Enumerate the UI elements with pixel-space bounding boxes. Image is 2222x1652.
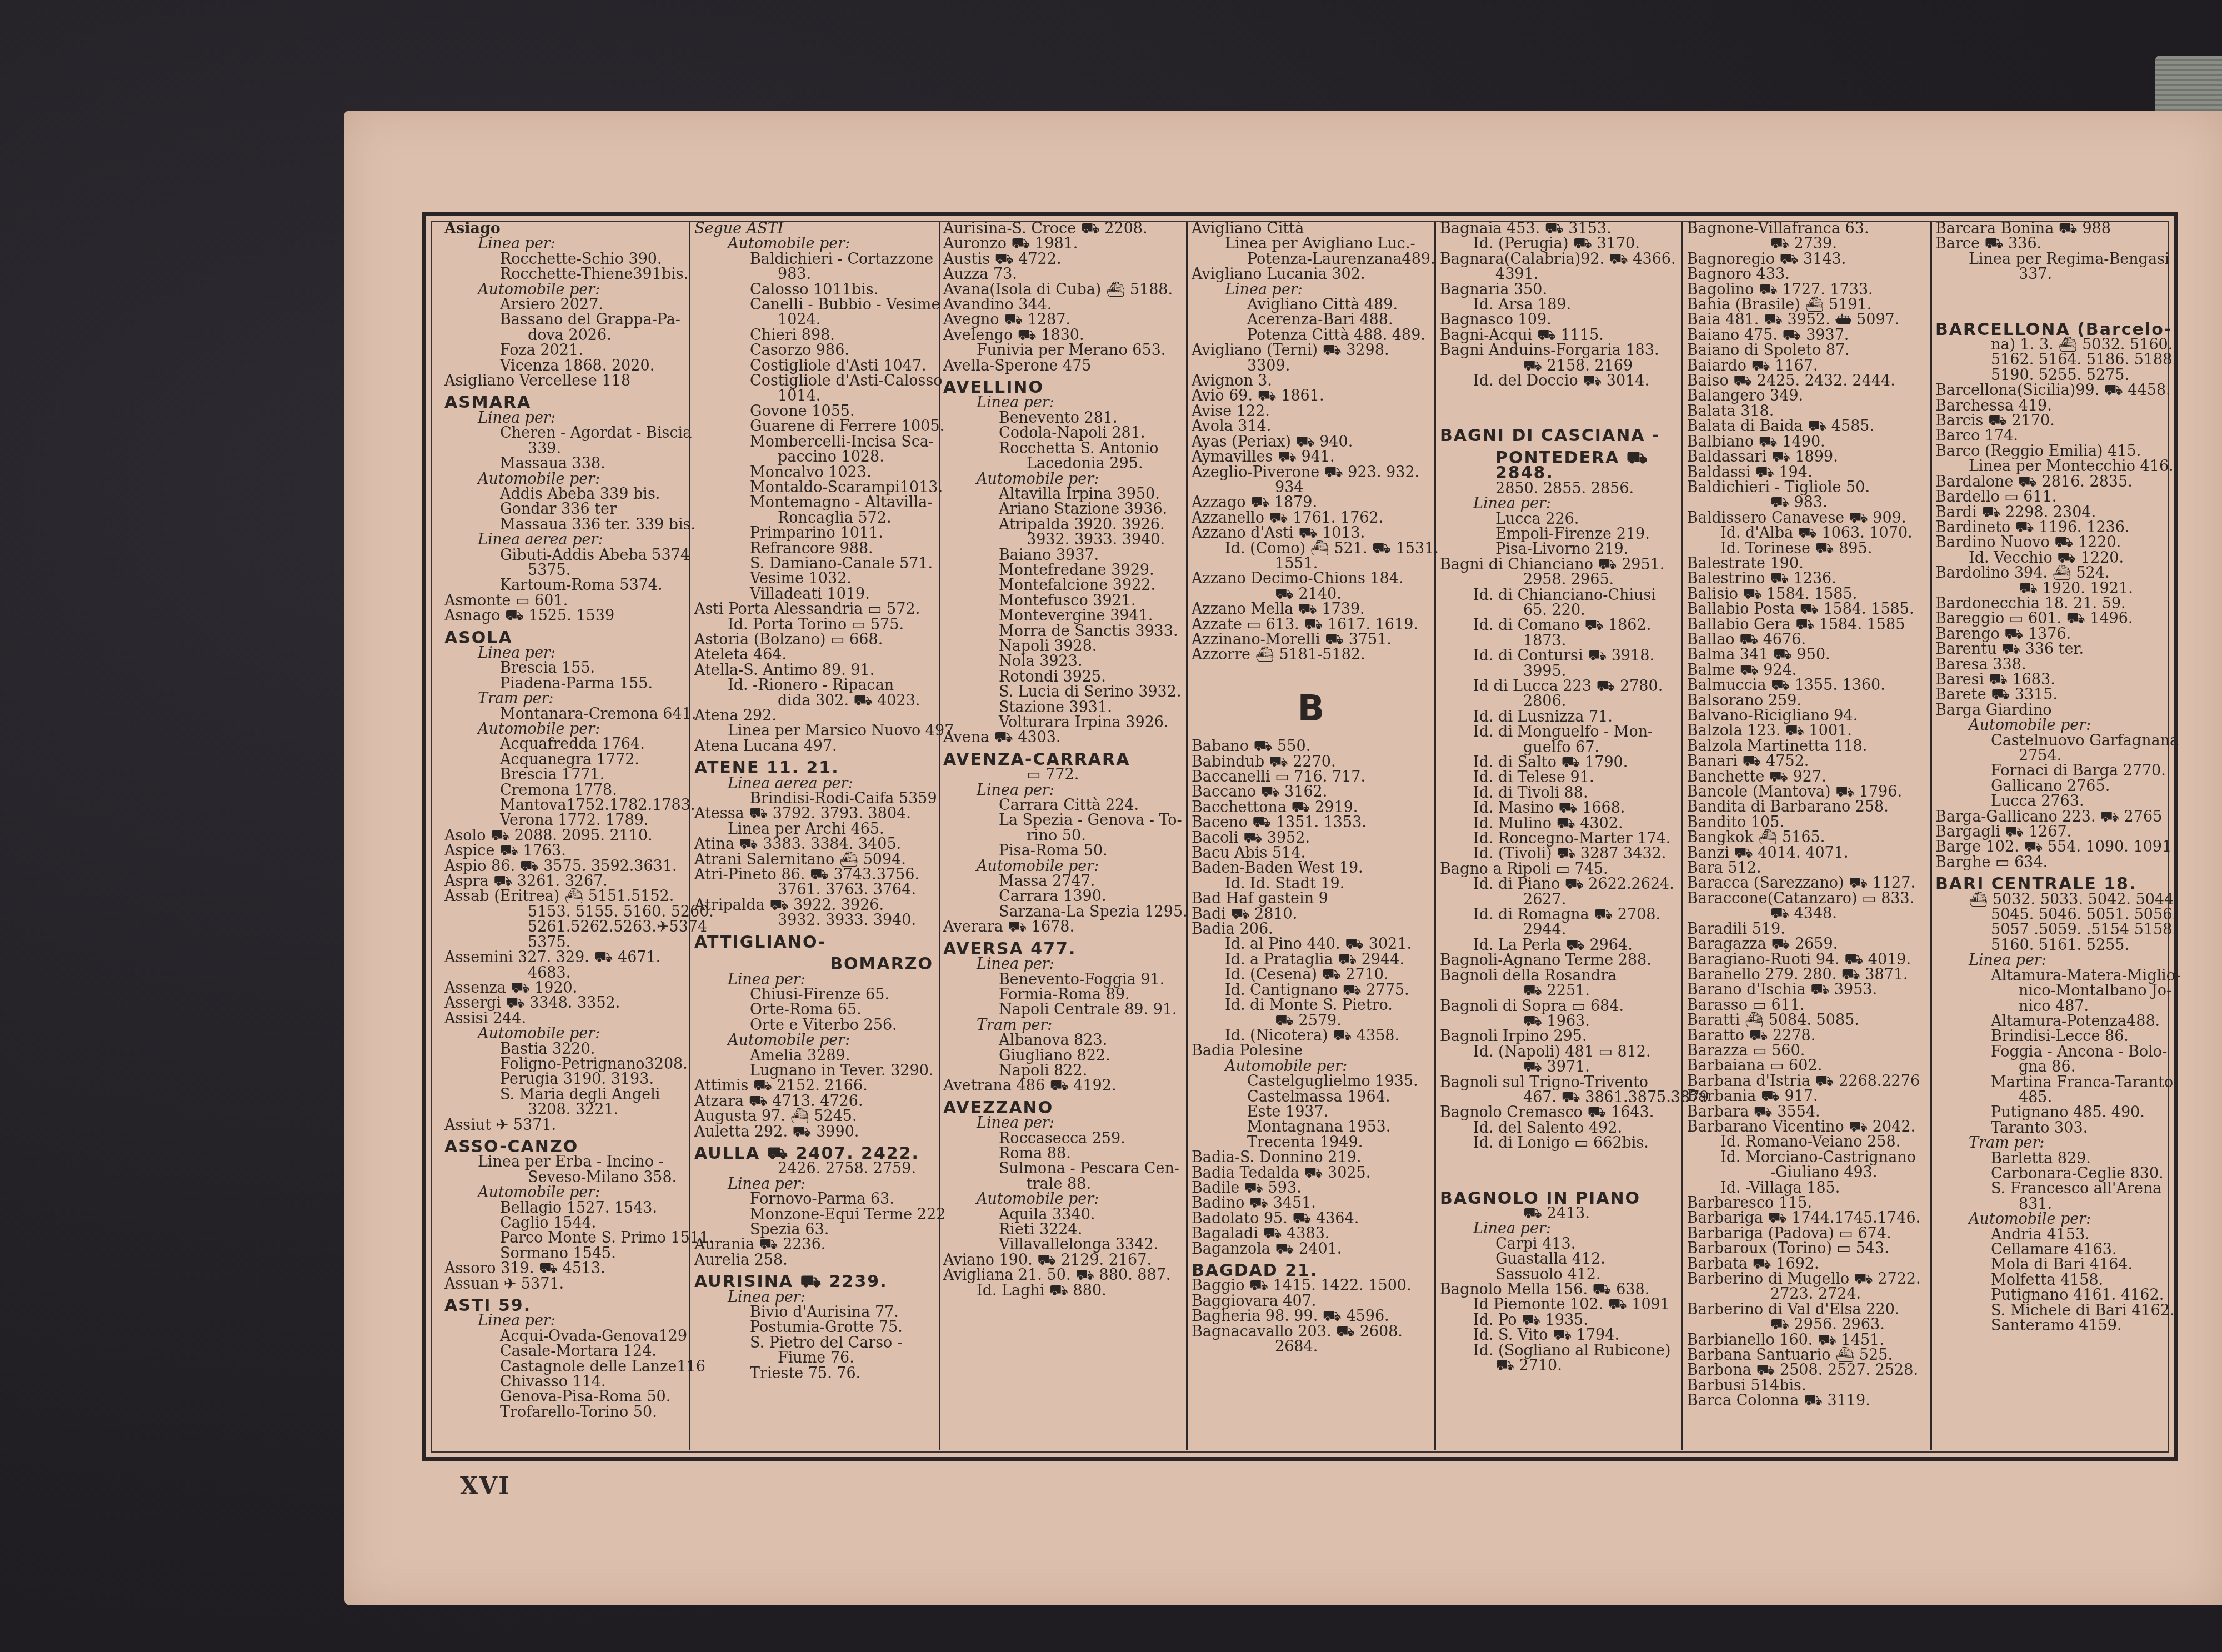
index-entry: 5057 .5059. .5154 5158. bbox=[1935, 922, 2174, 937]
index-entry: Automobile per: bbox=[1192, 1059, 1430, 1074]
index-entry: Castelguglielmo 1935. bbox=[1192, 1074, 1430, 1089]
index-entry: 983. bbox=[694, 267, 933, 282]
index-entry: Id. al Pino 440. ⛟ 3021. bbox=[1192, 937, 1430, 952]
index-entry: Molfetta 4158. bbox=[1935, 1273, 2174, 1288]
index-entry: Assenza ⛟ 1920. bbox=[444, 980, 683, 995]
index-entry: Genova-Pisa-Roma 50. bbox=[444, 1389, 683, 1404]
index-entry: Barce ⛟ 336. bbox=[1935, 236, 2174, 251]
index-entry: Avandino 344. bbox=[943, 297, 1182, 312]
index-entry: Id. di Tivoli 88. bbox=[1440, 785, 1679, 800]
index-entry: Caglio 1544. bbox=[444, 1215, 683, 1230]
index-entry: Balzola Martinetta 118. bbox=[1687, 739, 1926, 754]
index-entry: Bancole (Mantova) ⛟ 1796. bbox=[1687, 784, 1926, 799]
index-entry: Calosso 1011bis. bbox=[694, 282, 933, 297]
index-entry: Atri-Pineto 86. ⛟ 3743.3756. bbox=[694, 867, 933, 882]
index-entry: Automobile per: bbox=[444, 1026, 683, 1041]
index-entry: Andria 4153. bbox=[1935, 1227, 2174, 1242]
index-entry: Id. (Cesena) ⛟ 2710. bbox=[1192, 967, 1430, 982]
index-entry: Bacu Abis 514. bbox=[1192, 845, 1430, 860]
index-entry: Id. (Perugia) ⛟ 3170. bbox=[1440, 236, 1679, 251]
index-entry: S. Pietro del Carso - bbox=[694, 1335, 933, 1350]
index-entry: Id. di Lusnizza 71. bbox=[1440, 709, 1679, 724]
index-entry: Parco Monte S. Primo 1511. bbox=[444, 1230, 683, 1245]
index-entry: Automobile per: bbox=[694, 236, 933, 251]
index-entry: Villavallelonga 3342. bbox=[943, 1237, 1182, 1252]
index-entry: Fornovo-Parma 63. bbox=[694, 1192, 933, 1207]
index-entry: Barghe ▭ 634. bbox=[1935, 855, 2174, 870]
index-entry: ⛟ 2251. bbox=[1440, 983, 1679, 998]
index-entry: Bandita di Barbarano 258. bbox=[1687, 799, 1926, 814]
index-entry: Postumia-Grotte 75. bbox=[694, 1320, 933, 1335]
section-heading: ASOLA bbox=[444, 630, 683, 645]
index-entry: Bardonecchia 18. 21. 59. bbox=[1935, 596, 2174, 611]
column-rule bbox=[1186, 222, 1188, 1450]
index-entry: Id. Cantignano ⛟ 2775. bbox=[1192, 983, 1430, 998]
index-entry: Id. di Comano ⛟ 1862. bbox=[1440, 618, 1679, 633]
index-entry: Tram per: bbox=[943, 1018, 1182, 1033]
index-entry: Baradili 519. bbox=[1687, 922, 1926, 937]
index-entry: Aurelia 258. bbox=[694, 1253, 933, 1268]
letter-heading: B bbox=[1192, 702, 1430, 717]
index-entry: S. Lucia di Serino 3932. bbox=[943, 684, 1182, 699]
index-entry: rino 50. bbox=[943, 828, 1182, 843]
index-entry: Bastia 3220. bbox=[444, 1042, 683, 1057]
index-entry: 2958. 2965. bbox=[1440, 572, 1679, 587]
index-entry: Atella-S. Antimo 89. 91. bbox=[694, 663, 933, 678]
index-entry: Orte-Roma 65. bbox=[694, 1002, 933, 1017]
index-entry: Avigliano Lucania 302. bbox=[1192, 267, 1430, 282]
section-heading: AVENZA-CARRARA bbox=[943, 752, 1182, 767]
index-entry: Orte e Viterbo 256. bbox=[694, 1018, 933, 1033]
index-entry: Bandito 105. bbox=[1687, 815, 1926, 830]
index-entry: Atripalda ⛟ 3922. 3926. bbox=[694, 898, 933, 913]
index-entry: Volturara Irpina 3926. bbox=[943, 715, 1182, 730]
index-entry: Bagnoli della Rosandra bbox=[1440, 968, 1679, 983]
index-entry: Balestrino ⛟ 1236. bbox=[1687, 571, 1926, 586]
index-entry: Montaldo-Scarampi1013. bbox=[694, 480, 933, 495]
index-entry: Acquanegra 1772. bbox=[444, 752, 683, 767]
index-entry: Baldassari ⛟ 1899. bbox=[1687, 449, 1926, 464]
index-entry: Barberino di Mugello ⛟ 2722. bbox=[1687, 1271, 1926, 1286]
index-entry: Assiut ✈ 5371. bbox=[444, 1118, 683, 1133]
index-entry: Giugliano 822. bbox=[943, 1048, 1182, 1063]
index-entry: Cellamare 4163. bbox=[1935, 1242, 2174, 1257]
index-entry: Automobile per: bbox=[1935, 1212, 2174, 1227]
index-entry: Ateleta 464. bbox=[694, 647, 933, 662]
index-entry: Tram per: bbox=[1935, 1135, 2174, 1150]
index-entry: Linea per: bbox=[444, 411, 683, 425]
index-entry: Bagnoli sul Trigno-Trivento bbox=[1440, 1075, 1679, 1090]
index-entry: Id. Romano-Veiano 258. bbox=[1687, 1134, 1926, 1149]
index-entry: Sulmona - Pescara Cen- bbox=[943, 1161, 1182, 1176]
index-entry: Id. Roncegno-Marter 174. bbox=[1440, 831, 1679, 846]
index-entry: Aurania ⛟ 2236. bbox=[694, 1237, 933, 1252]
index-entry: 337. bbox=[1935, 267, 2174, 282]
index-entry: Automobile per: bbox=[1935, 718, 2174, 733]
index-entry: Bagno a Ripoli ▭ 745. bbox=[1440, 862, 1679, 877]
index-entry: Lucca 226. bbox=[1440, 512, 1679, 527]
index-entry: Aspra ⛟ 3261. 3267. bbox=[444, 874, 683, 889]
index-entry: Carbonara-Ceglie 830. bbox=[1935, 1166, 2174, 1181]
index-entry: Id. di Telese 91. bbox=[1440, 770, 1679, 785]
section-heading: ASSO-CANZO bbox=[444, 1139, 683, 1154]
index-entry: Baraccone(Catanzaro) ▭ 833. bbox=[1687, 891, 1926, 906]
index-entry: 2944. bbox=[1440, 922, 1679, 937]
index-entry: Avise 122. bbox=[1192, 404, 1430, 419]
index-entry: ⛟ 983. bbox=[1687, 495, 1926, 510]
index-entry: Averara ⛟ 1678. bbox=[943, 919, 1182, 934]
index-entry: Lucca 2763. bbox=[1935, 794, 2174, 809]
section-heading: PONTEDERA ⛟ 2848. bbox=[1440, 450, 1679, 481]
section-heading: ASTI 59. bbox=[444, 1298, 683, 1313]
index-entry: Auletta 292. ⛟ 3990. bbox=[694, 1124, 933, 1139]
index-entry: dida 302. ⛟ 4023. bbox=[694, 693, 933, 708]
index-entry: Balvano-Ricigliano 94. bbox=[1687, 708, 1926, 723]
index-entry: Id. di Chianciano-Chiusi bbox=[1440, 588, 1679, 603]
index-entry: 5261.5262.5263.✈5374 bbox=[444, 919, 683, 934]
index-entry: Tram per: bbox=[444, 691, 683, 706]
index-entry: Carrara Città 224. bbox=[943, 798, 1182, 813]
index-entry: Bagnara(Calabria)92. ⛟ 4366. bbox=[1440, 252, 1679, 267]
index-entry: Linea per: bbox=[943, 1115, 1182, 1130]
index-entry: Foza 2021. bbox=[444, 343, 683, 358]
index-entry: Id. Arsa 189. bbox=[1440, 297, 1679, 312]
index-entry: trale 88. bbox=[943, 1177, 1182, 1192]
index-entry: Atrani Salernitano ⛴ 5094. bbox=[694, 852, 933, 867]
index-entry: Aymavilles ⛟ 941. bbox=[1192, 449, 1430, 464]
index-entry: Montanara-Cremona 641. bbox=[444, 707, 683, 722]
index-entry: Bagnaia 453. ⛟ 3153. bbox=[1440, 221, 1679, 236]
index-entry: Bardineto ⛟ 1196. 1236. bbox=[1935, 520, 2174, 535]
index-entry: Barbona ⛟ 2508. 2527. 2528. bbox=[1687, 1363, 1926, 1378]
index-entry: Ballao ⛟ 4676. bbox=[1687, 632, 1926, 647]
index-entry: Fornaci di Barga 2770. bbox=[1935, 763, 2174, 778]
section-heading: AVERSA 477. bbox=[943, 942, 1182, 957]
index-entry: Balma 341 ⛟ 950. bbox=[1687, 647, 1926, 662]
index-entry: Barchessa 419. bbox=[1935, 398, 2174, 413]
index-entry: Acerenza-Bari 488. bbox=[1192, 312, 1430, 327]
index-entry: ⛟ 1963. bbox=[1440, 1014, 1679, 1029]
index-entry: Linea per: bbox=[444, 645, 683, 660]
index-entry: Baratto ⛟ 2278. bbox=[1687, 1028, 1926, 1043]
index-entry: Seveso-Milano 358. bbox=[444, 1170, 683, 1185]
index-entry: Pisa-Roma 50. bbox=[943, 843, 1182, 858]
index-entry: Castagnole delle Lanze116 bbox=[444, 1359, 683, 1374]
index-entry: Balangero 349. bbox=[1687, 388, 1926, 403]
index-entry: Sassuolo 412. bbox=[1440, 1267, 1679, 1282]
section-heading: BARCELLONA (Barcelo- bbox=[1935, 322, 2174, 337]
index-entry: 5375. bbox=[444, 935, 683, 950]
index-entry: Baia 481. ⛟ 3952. ⛴ 5097. bbox=[1687, 312, 1926, 327]
index-entry: Balata 318. bbox=[1687, 404, 1926, 419]
index-entry: 831. bbox=[1935, 1197, 2174, 1212]
index-entry: Codola-Napoli 281. bbox=[943, 425, 1182, 440]
index-entry: Id. di Salto ⛟ 1790. bbox=[1440, 755, 1679, 770]
index-entry: Badolato 95. ⛟ 4364. bbox=[1192, 1211, 1430, 1226]
index-entry: 5045. 5046. 5051. 5056. bbox=[1935, 907, 2174, 922]
index-entry: Canelli - Bubbio - Vesime bbox=[694, 297, 933, 312]
index-entry: Castelnuovo Garfagnana bbox=[1935, 733, 2174, 748]
index-entry: Asmonte ▭ 601. bbox=[444, 593, 683, 608]
index-entry: Barletta 829. bbox=[1935, 1151, 2174, 1166]
index-entry: Perugia 3190. 3193. bbox=[444, 1072, 683, 1087]
index-entry: 4391. bbox=[1440, 267, 1679, 282]
index-entry: Rieti 3224. bbox=[943, 1222, 1182, 1237]
index-entry: Aurisina-S. Croce ⛟ 2208. bbox=[943, 221, 1182, 236]
index-entry: Barbariga (Padova) ▭ 674. bbox=[1687, 1226, 1926, 1241]
index-entry: Baresi ⛟ 1683. bbox=[1935, 672, 2174, 687]
index-entry: Barbaiana ▭ 602. bbox=[1687, 1058, 1926, 1073]
index-entry: Stazione 3931. bbox=[943, 700, 1182, 715]
index-entry: Avola 314. bbox=[1192, 419, 1430, 434]
index-entry: Villadeati 1019. bbox=[694, 587, 933, 602]
column-rule bbox=[1930, 222, 1932, 1450]
index-entry: Roncaglia 572. bbox=[694, 510, 933, 525]
index-entry: Asti Porta Alessandria ▭ 572. bbox=[694, 602, 933, 617]
index-entry: Baccano ⛟ 3162. bbox=[1192, 784, 1430, 799]
index-entry: Costigliole d'Asti-Calosso bbox=[694, 373, 933, 388]
index-entry: Bardi ⛟ 2298. 2304. bbox=[1935, 505, 2174, 520]
column-rule bbox=[939, 222, 940, 1450]
index-entry: Balata di Baida ⛟ 4585. bbox=[1687, 419, 1926, 434]
index-entry: Rocchette-Schio 390. bbox=[444, 252, 683, 267]
index-entry: Auzza 73. bbox=[943, 267, 1182, 282]
index-entry: Assuan ✈ 5371. bbox=[444, 1276, 683, 1291]
index-entry: Automobile per: bbox=[444, 472, 683, 487]
index-entry: Id. La Perla ⛟ 2964. bbox=[1440, 938, 1679, 953]
index-entry: 1014. bbox=[694, 388, 933, 403]
index-entry: Barca Colonna ⛟ 3119. bbox=[1687, 1393, 1926, 1408]
index-entry: dova 2026. bbox=[444, 328, 683, 343]
section-heading: BARI CENTRALE 18. bbox=[1935, 877, 2174, 892]
index-entry: 2627. bbox=[1440, 892, 1679, 907]
index-entry: Bahia (Brasile) ⛴ 5191. bbox=[1687, 297, 1926, 312]
index-entry: Azzanello ⛟ 1761. 1762. bbox=[1192, 510, 1430, 525]
index-entry: Costigliole d'Asti 1047. bbox=[694, 358, 933, 373]
column-rule bbox=[1681, 222, 1683, 1450]
index-entry: Ariano Stazione 3936. bbox=[943, 502, 1182, 517]
index-entry: Id. (Sogliano al Rubicone) bbox=[1440, 1343, 1679, 1358]
index-entry: Banchette ⛟ 927. bbox=[1687, 769, 1926, 784]
index-entry: Morra de Sanctis 3933. bbox=[943, 624, 1182, 639]
index-entry: Montevergine 3941. bbox=[943, 608, 1182, 623]
index-column-6: Bagnone-Villafranca 63.⛟ 2739.Bagnoregio… bbox=[1687, 221, 1926, 1409]
index-entry: Linea aerea per: bbox=[444, 532, 683, 547]
index-entry: 3761. 3763. 3764. bbox=[694, 882, 933, 897]
index-entry: Bagolino ⛟ 1727. 1733. bbox=[1687, 282, 1926, 297]
index-entry: Bargagli ⛟ 1267. bbox=[1935, 824, 2174, 839]
index-column-3: Aurisina-S. Croce ⛟ 2208.Auronzo ⛟ 1981.… bbox=[943, 221, 1182, 1298]
index-entry: Atena Lucana 497. bbox=[694, 739, 933, 754]
index-entry: Barbania ⛟ 917. bbox=[1687, 1089, 1926, 1104]
index-entry: Montefalcione 3922. bbox=[943, 578, 1182, 593]
index-entry: 3932. 3933. 3940. bbox=[694, 913, 933, 928]
index-entry: Benevento-Foggia 91. bbox=[943, 972, 1182, 987]
index-entry: Napoli 822. bbox=[943, 1063, 1182, 1078]
index-entry: Baccanelli ▭ 716. 717. bbox=[1192, 769, 1430, 784]
index-entry: Banzi ⛟ 4014. 4071. bbox=[1687, 845, 1926, 860]
column-rule bbox=[1434, 222, 1436, 1450]
index-entry: Brindisi-Rodi-Caifa 5359 bbox=[694, 791, 933, 806]
index-entry: Massaua 338. bbox=[444, 456, 683, 471]
index-entry: Barco (Reggio Emilia) 415. bbox=[1935, 444, 2174, 459]
index-entry: Barge 102. ⛟ 554. 1090. 1091 bbox=[1935, 839, 2174, 854]
section-heading: AULLA ⛟ 2407. 2422. bbox=[694, 1146, 933, 1161]
index-entry: Linea per: bbox=[694, 972, 933, 987]
index-entry: Avigliano Città bbox=[1192, 221, 1430, 236]
index-entry: 2723. 2724. bbox=[1687, 1286, 1926, 1301]
index-entry: 1873. bbox=[1440, 633, 1679, 648]
index-entry: Bara 512. bbox=[1687, 860, 1926, 875]
index-entry: Badia-S. Donnino 219. bbox=[1192, 1150, 1430, 1165]
index-entry: Massa 2747. bbox=[943, 874, 1182, 889]
index-entry: Linea per Archi 465. bbox=[694, 822, 933, 837]
index-entry: Barberino di Val d'Elsa 220. bbox=[1687, 1302, 1926, 1317]
index-entry: S. Michele di Bari 4162. bbox=[1935, 1303, 2174, 1318]
index-entry: Auronzo ⛟ 1981. bbox=[943, 236, 1182, 251]
index-entry: Aquila 3340. bbox=[943, 1207, 1182, 1222]
index-entry: Id. di Lonigo ▭ 662bis. bbox=[1440, 1135, 1679, 1150]
index-entry: Montagnana 1953. bbox=[1192, 1119, 1430, 1134]
index-entry: Potenza Città 488. 489. bbox=[1192, 328, 1430, 343]
index-entry: Piadena-Parma 155. bbox=[444, 676, 683, 691]
index-entry: Automobile per: bbox=[444, 1185, 683, 1200]
index-entry: 5375. bbox=[444, 563, 683, 578]
index-entry: Segue ASTI bbox=[694, 221, 933, 236]
index-entry: Bagnone-Villafranca 63. bbox=[1687, 221, 1926, 236]
index-entry: Badia Tedalda ⛟ 3025. bbox=[1192, 1165, 1430, 1180]
index-entry: Id. di Monguelfo - Mon- bbox=[1440, 724, 1679, 739]
index-entry bbox=[1440, 388, 1679, 422]
index-entry: 5160. 5161. 5255. bbox=[1935, 938, 2174, 953]
index-entry: Baldichieri - Cortazzone bbox=[694, 252, 933, 267]
index-entry: Casorzo 986. bbox=[694, 343, 933, 358]
index-column-2: Segue ASTIAutomobile per:Baldichieri - C… bbox=[694, 221, 933, 1381]
index-entry: Montefusco 3921. bbox=[943, 593, 1182, 608]
index-entry: Bareggio ▭ 601. ⛟ 1496. bbox=[1935, 611, 2174, 626]
index-entry: ▭ 772. bbox=[943, 767, 1182, 782]
index-entry: Id. di Monte S. Pietro. bbox=[1192, 998, 1430, 1013]
index-entry: Acqui-Ovada-Genova129 bbox=[444, 1329, 683, 1344]
index-entry: Avetrana 486 ⛟ 4192. bbox=[943, 1078, 1182, 1093]
index-entry: Mantova1752.1782.1783. bbox=[444, 798, 683, 813]
index-entry: Trieste 75. 76. bbox=[694, 1366, 933, 1381]
index-entry: Balsorano 259. bbox=[1687, 693, 1926, 708]
index-entry: Barentu ⛟ 336 ter. bbox=[1935, 642, 2174, 657]
index-entry: Altavilla Irpina 3950. bbox=[943, 487, 1182, 502]
index-entry: Bagnolo Mella 156. ⛟ 638. bbox=[1440, 1282, 1679, 1297]
index-entry: Lacedonia 295. bbox=[943, 456, 1182, 471]
index-entry: Balzola 123. ⛟ 1001. bbox=[1687, 723, 1926, 738]
index-entry: Atessa ⛟ 3792. 3793. 3804. bbox=[694, 806, 933, 821]
index-entry: Badia 206. bbox=[1192, 922, 1430, 937]
index-entry: Baranello 279. 280. ⛟ 3871. bbox=[1687, 967, 1926, 982]
index-entry: Azeglio-Piverone ⛟ 923. 932. bbox=[1192, 465, 1430, 480]
index-entry: guelfo 67. bbox=[1440, 740, 1679, 755]
index-entry: Baiano 475. ⛟ 3937. bbox=[1687, 328, 1926, 343]
index-entry: Barbata ⛟ 1692. bbox=[1687, 1256, 1926, 1271]
index-entry: Id. di Contursi ⛟ 3918. bbox=[1440, 648, 1679, 663]
index-entry: Rocchette-Thiene391bis. bbox=[444, 267, 683, 282]
index-entry: Id. Morciano-Castrignano bbox=[1687, 1150, 1926, 1165]
index-entry: Id. (Napoli) 481 ▭ 812. bbox=[1440, 1044, 1679, 1059]
index-entry: Baracca (Sarezzano) ⛟ 1127. bbox=[1687, 875, 1926, 890]
index-entry: Id. Vecchio ⛟ 1220. bbox=[1935, 550, 2174, 565]
index-entry: Bagnacavallo 203. ⛟ 2608. bbox=[1192, 1324, 1430, 1339]
index-entry: Baragazza ⛟ 2659. bbox=[1687, 937, 1926, 952]
index-entry: Baiardo ⛟ 1167. bbox=[1687, 358, 1926, 373]
index-entry: Automobile per: bbox=[943, 859, 1182, 874]
index-entry: Roccasecca 259. bbox=[943, 1131, 1182, 1146]
index-entry: Barbaroux (Torino) ▭ 543. bbox=[1687, 1241, 1926, 1256]
index-entry: 3995. bbox=[1440, 664, 1679, 679]
index-entry: Carpi 413. bbox=[1440, 1237, 1679, 1251]
index-entry: Avena ⛟ 4303. bbox=[943, 730, 1182, 745]
index-entry: S. Damiano-Canale 571. bbox=[694, 556, 933, 571]
index-entry: Barga-Gallicano 223. ⛟ 2765 bbox=[1935, 809, 2174, 824]
index-entry: Napoli 3928. bbox=[943, 639, 1182, 654]
index-entry: Badi ⛟ 2810. bbox=[1192, 907, 1430, 922]
index-entry: Barengo ⛟ 1376. bbox=[1935, 627, 2174, 642]
index-entry: 3208. 3221. bbox=[444, 1102, 683, 1117]
index-entry: Azzago ⛟ 1879. bbox=[1192, 495, 1430, 510]
index-entry: Badile ⛟ 593. bbox=[1192, 1180, 1430, 1195]
index-entry: Baggiovara 407. bbox=[1192, 1294, 1430, 1309]
index-entry: Avigliano Città 489. bbox=[1192, 297, 1430, 312]
index-entry: Chiusi-Firenze 65. bbox=[694, 987, 933, 1002]
index-entry: Astoria (Bolzano) ▭ 668. bbox=[694, 632, 933, 647]
index-entry: ⛟ 2710. bbox=[1440, 1358, 1679, 1373]
index-entry: Id. Id. Stadt 19. bbox=[1192, 876, 1430, 891]
index-entry: Bagnaria 350. bbox=[1440, 282, 1679, 297]
index-entry: Azzate ▭ 613. ⛟ 1617. 1619. bbox=[1192, 617, 1430, 632]
index-entry: Id. Masino ⛟ 1668. bbox=[1440, 800, 1679, 815]
index-entry: Assemini 327. 329. ⛟ 4671. bbox=[444, 950, 683, 965]
index-entry: Id di Lucca 223 ⛟ 2780. bbox=[1440, 679, 1679, 694]
index-entry: 467. ⛟ 3861.3875.3879 bbox=[1440, 1090, 1679, 1105]
index-entry: Bacchettona ⛟ 2919. bbox=[1192, 800, 1430, 815]
index-entry: Chieri 898. bbox=[694, 328, 933, 343]
index-entry: Asiago bbox=[444, 221, 683, 236]
index-entry: Barcellona(Sicilia)99. ⛟ 4458. bbox=[1935, 383, 2174, 398]
index-entry: ⛴ 5032. 5033. 5042. 5044. bbox=[1935, 892, 2174, 907]
index-entry: S. Maria degli Angeli bbox=[444, 1087, 683, 1102]
index-entry: Id Piemonte 102. ⛟ 1091 bbox=[1440, 1297, 1679, 1312]
index-entry: Balbiano ⛟ 1490. bbox=[1687, 434, 1926, 449]
index-entry: Moncalvo 1023. bbox=[694, 465, 933, 480]
index-entry: Baldissero Canavese ⛟ 909. bbox=[1687, 510, 1926, 525]
index-entry: Id. di Piano ⛟ 2622.2624. bbox=[1440, 877, 1679, 892]
index-entry: ⛟ 2956. 2963. bbox=[1687, 1317, 1926, 1332]
index-entry: Barbarano Vicentino ⛟ 2042. bbox=[1687, 1119, 1926, 1134]
index-entry: 934 bbox=[1192, 480, 1430, 495]
index-entry: Lugnano in Tever. 3290. bbox=[694, 1063, 933, 1078]
index-entry: paccino 1028. bbox=[694, 449, 933, 464]
index-entry: Formia-Roma 89. bbox=[943, 987, 1182, 1002]
index-entry: Babindub ⛟ 2270. bbox=[1192, 754, 1430, 769]
index-entry: 2426. 2758. 2759. bbox=[694, 1161, 933, 1176]
index-entry: ⛟ 1920. 1921. bbox=[1935, 581, 2174, 596]
index-entry: Spezia 63. bbox=[694, 1222, 933, 1237]
index-entry: Austis ⛟ 4722. bbox=[943, 252, 1182, 267]
index-entry: Asigliano Vercellese 118 bbox=[444, 373, 683, 388]
index-entry: Baragiano-Ruoti 94. ⛟ 4019. bbox=[1687, 952, 1926, 967]
index-entry: Amelia 3289. bbox=[694, 1048, 933, 1063]
index-entry: Bagnoli Irpino 295. bbox=[1440, 1029, 1679, 1044]
index-entry: Barasso ▭ 611. bbox=[1687, 998, 1926, 1013]
index-entry: Id. Po ⛟ 1935. bbox=[1440, 1313, 1679, 1328]
index-entry: Barazza ▭ 560. bbox=[1687, 1043, 1926, 1058]
